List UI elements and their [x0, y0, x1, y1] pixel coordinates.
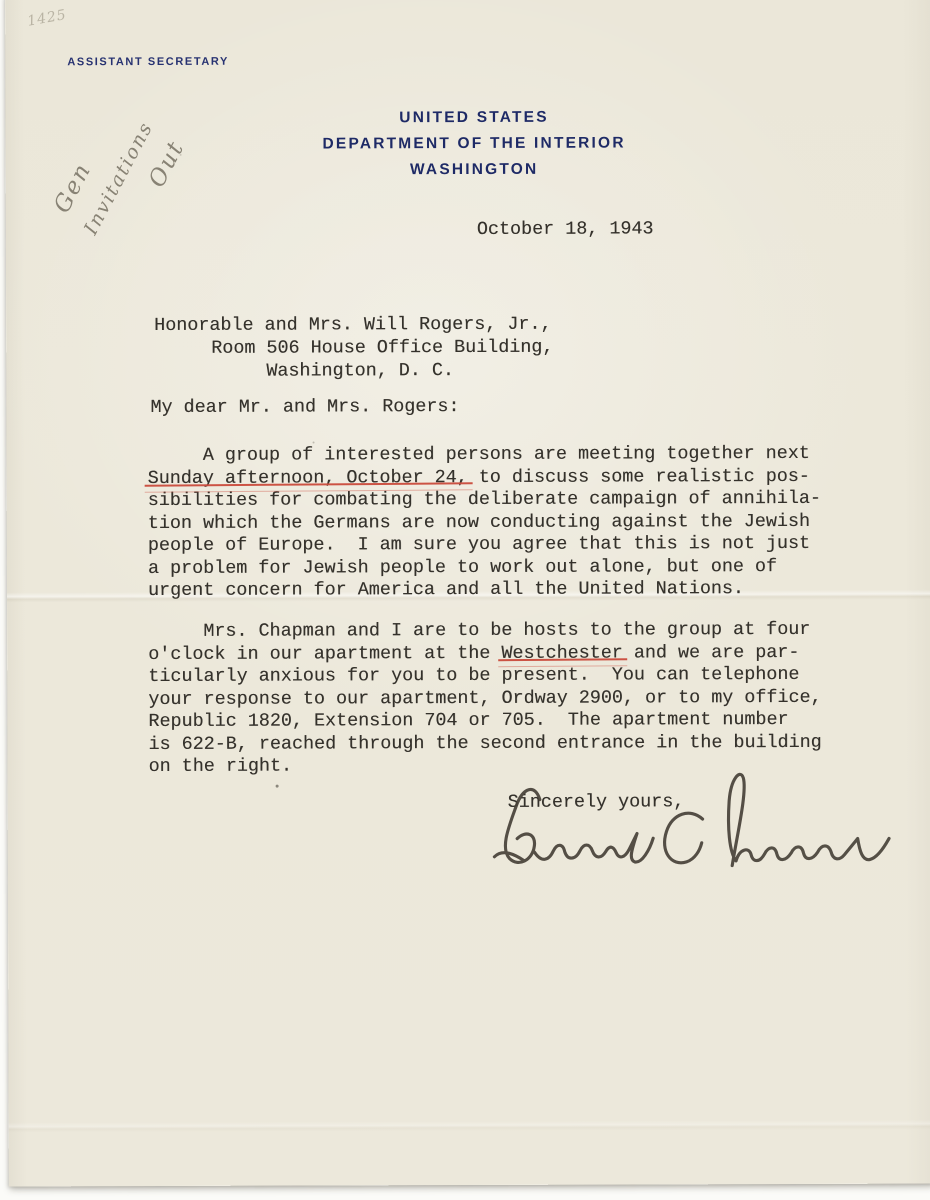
- red-underlined-text: Westchester: [501, 642, 622, 663]
- body-paragraph: Mrs. Chapman and I are to be hosts to th…: [148, 619, 822, 779]
- recipient-address: Honorable and Mrs. Will Rogers, Jr.,Room…: [154, 313, 553, 383]
- body-text: o'clock in our apartment at the: [148, 642, 501, 664]
- address-line: Room 506 House Office Building,: [154, 336, 553, 360]
- body-line: A group of interested persons are meetin…: [148, 443, 821, 468]
- body-line: a problem for Jewish people to work out …: [148, 555, 821, 580]
- signature-oscar-chapman: [486, 764, 914, 905]
- red-underlined-text: Sunday afternoon, October 24,: [148, 467, 468, 489]
- office-title-stamp: ASSISTANT SECRETARY: [67, 56, 229, 69]
- body-line: your response to our apartment, Ordway 2…: [148, 686, 821, 711]
- paper-speck: [180, 154, 182, 156]
- letterhead: UNITED STATESDEPARTMENT OF THE INTERIORW…: [11, 104, 930, 185]
- body-text: A group of interested persons are meetin…: [148, 443, 810, 466]
- body-text: people of Europe. I am sure you agree th…: [148, 533, 810, 556]
- body-text: your response to our apartment, Ordway 2…: [148, 686, 821, 709]
- body-line: Republic 1820, Extension 704 or 705. The…: [148, 709, 821, 734]
- body-text: and we are par-: [623, 641, 800, 663]
- body-line: people of Europe. I am sure you agree th…: [148, 533, 821, 558]
- body-line: Mrs. Chapman and I are to be hosts to th…: [148, 619, 821, 644]
- body-paragraph: A group of interested persons are meetin…: [148, 443, 822, 603]
- paper-speck: [313, 441, 315, 443]
- body-line: urgent concern for America and all the U…: [148, 578, 821, 603]
- pencil-corner-mark: 1425: [26, 7, 68, 30]
- signature-ink-strokes: [486, 764, 914, 905]
- body-line: Sunday afternoon, October 24, to discuss…: [148, 465, 821, 490]
- salutation: My dear Mr. and Mrs. Rogers:: [150, 396, 459, 419]
- body-line: tion which the Germans are now conductin…: [148, 510, 821, 535]
- body-line: is 622-B, reached through the second ent…: [148, 731, 821, 756]
- body-line: o'clock in our apartment at the Westches…: [148, 641, 821, 666]
- body-text: urgent concern for America and all the U…: [148, 578, 744, 601]
- body-text: on the right.: [149, 756, 293, 777]
- body-text: is 622-B, reached through the second ent…: [148, 731, 821, 754]
- body-text: a problem for Jewish people to work out …: [148, 556, 777, 579]
- address-line: Honorable and Mrs. Will Rogers, Jr.,: [154, 313, 553, 337]
- date-line: October 18, 1943: [477, 218, 654, 241]
- body-text: Mrs. Chapman and I are to be hosts to th…: [148, 619, 810, 642]
- body-line: ticularly anxious for you to be present.…: [148, 664, 821, 689]
- letter-page: 1425 ASSISTANT SECRETARY GenInvitationsO…: [5, 0, 930, 1186]
- body-text: to discuss some realistic pos-: [468, 465, 810, 487]
- paper-speck: [276, 785, 279, 788]
- letterhead-line: WASHINGTON: [12, 156, 930, 185]
- body-text: Republic 1820, Extension 704 or 705. The…: [148, 709, 788, 732]
- body-text: ticularly anxious for you to be present.…: [148, 664, 799, 687]
- address-line: Washington, D. C.: [154, 359, 553, 383]
- letterhead-line: DEPARTMENT OF THE INTERIOR: [12, 130, 930, 159]
- letterhead-line: UNITED STATES: [11, 104, 930, 133]
- fold-crease: [9, 1120, 930, 1133]
- body-text: tion which the Germans are now conductin…: [148, 510, 810, 533]
